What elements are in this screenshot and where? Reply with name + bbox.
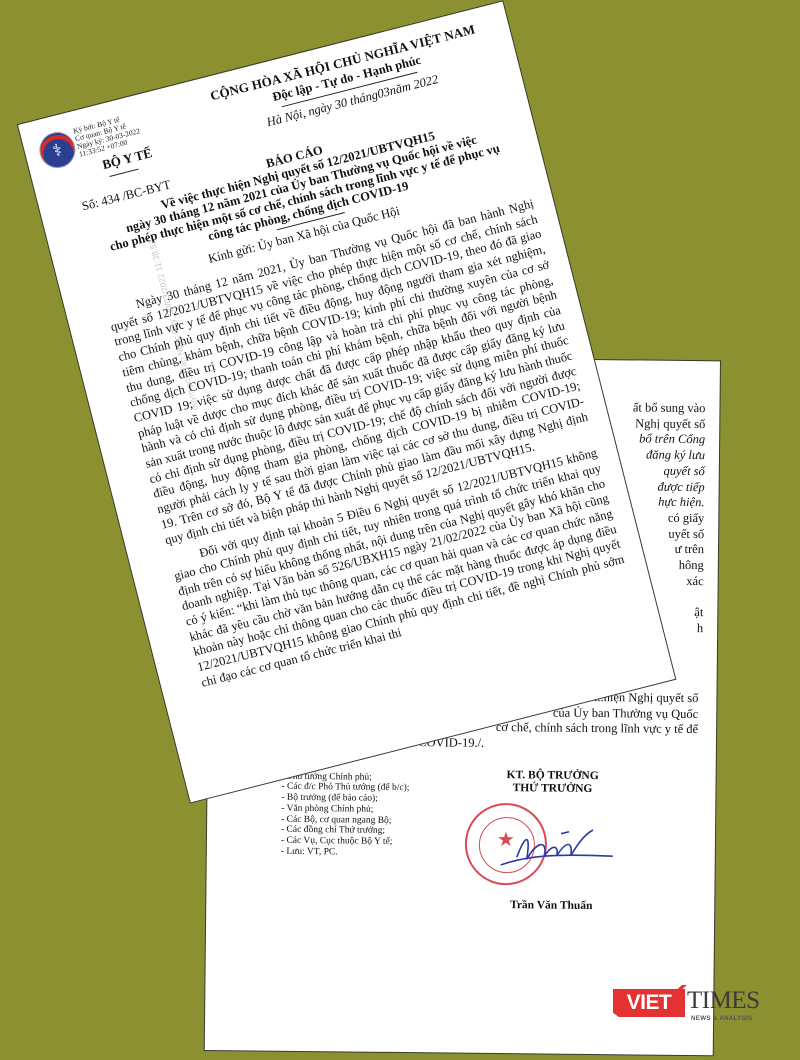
recipients-list: Nơi nhận: - Thủ tướng Chính phủ; - Các đ… xyxy=(281,761,410,859)
report-page-1: Ký bởi: Bộ Y tế Cơ quan: Bộ Y tế Ngày ký… xyxy=(18,2,675,803)
issuer-header: Ký bởi: Bộ Y tế Cơ quan: Bộ Y tế Ngày ký… xyxy=(36,100,181,137)
handwritten-signature-icon xyxy=(497,825,617,872)
signer-name: Trần Văn Thuấn xyxy=(446,898,656,912)
viettimes-logo: VIET TIMES NEWS & ANALYSIS xyxy=(613,985,763,1025)
ministry-of-health-logo-icon xyxy=(36,128,80,172)
signer-title: THỨ TRƯỞNG xyxy=(447,781,657,796)
signer-block: KT. BỘ TRƯỞNG THỨ TRƯỞNG xyxy=(447,768,657,796)
